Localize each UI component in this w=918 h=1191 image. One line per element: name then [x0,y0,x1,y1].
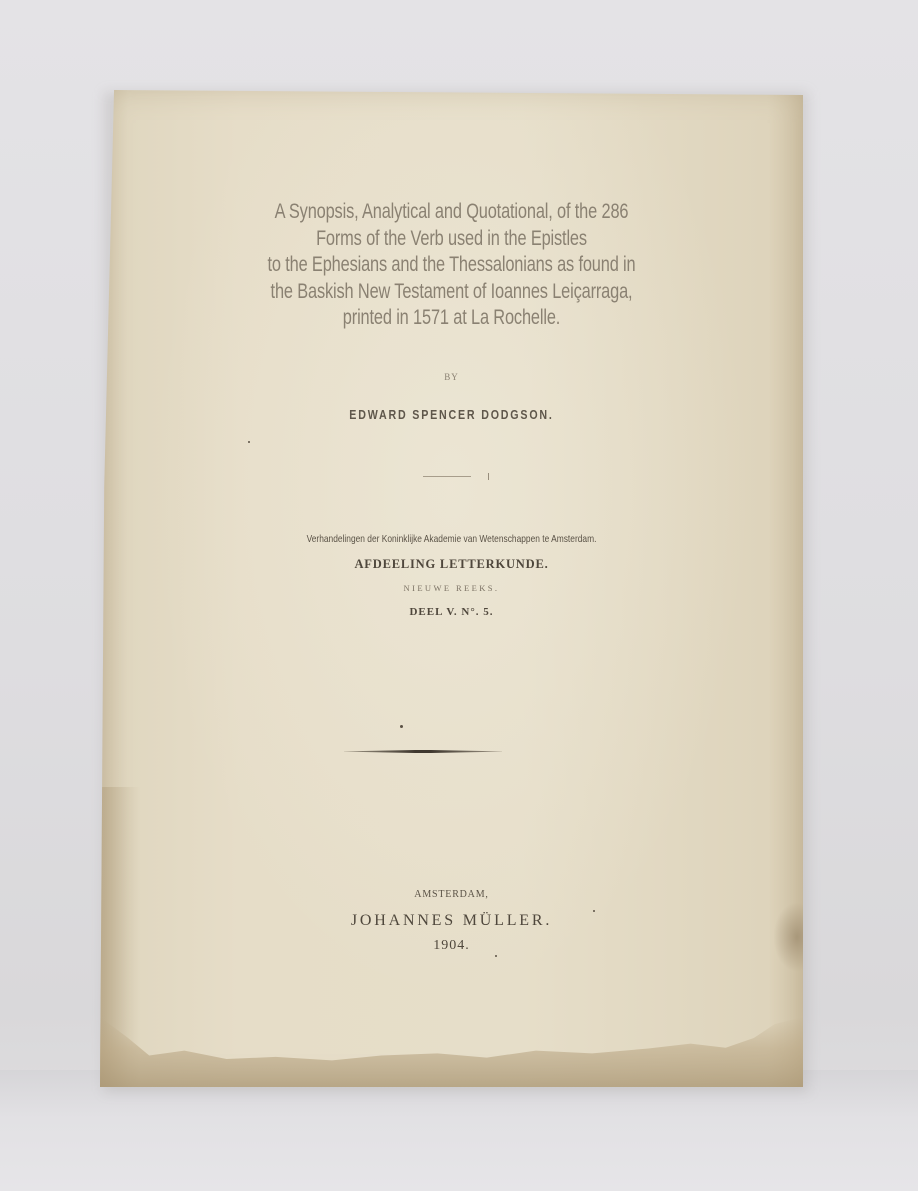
ink-speck [495,955,497,957]
title-line: the Baskish New Testament of Ioannes Lei… [177,279,725,306]
ink-speck [248,441,250,443]
ink-speck [593,910,595,912]
divider-rule [423,476,471,477]
ornamental-rule [344,750,502,753]
water-stain-bottom [100,1017,803,1087]
title-line: printed in 1571 at La Rochelle. [177,305,725,332]
by-label: BY [100,372,803,382]
imprint-place: AMSTERDAM, [100,889,803,900]
title-line: A Synopsis, Analytical and Quotational, … [177,199,725,226]
series-subseries: NIEUWE REEKS. [100,583,803,593]
title-line: to the Ephesians and the Thessalonians a… [177,252,725,279]
imprint-publisher: JOHANNES MÜLLER. [100,912,803,930]
imprint-year: 1904. [100,938,803,954]
series-name: Verhandelingen der Koninklijke Akademie … [170,533,732,545]
document-page: A Synopsis, Analytical and Quotational, … [100,87,803,1087]
ink-speck [400,725,403,728]
document-title: A Synopsis, Analytical and Quotational, … [177,199,725,332]
title-line: Forms of the Verb used in the Epistles [177,226,725,253]
series-section: AFDEELING LETTERKUNDE. [100,557,803,572]
author-name: EDWARD SPENCER DODGSON. [163,407,739,422]
series-volume: DEEL V. N°. 5. [100,606,803,618]
divider-mark [488,473,489,480]
